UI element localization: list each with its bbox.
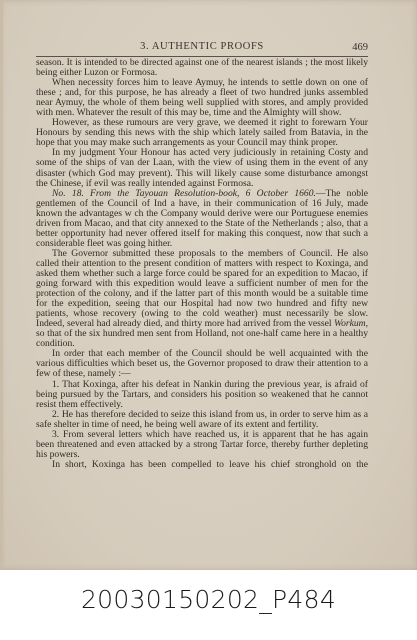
list-item: 1. That Koxinga, after his defeat in Nan…	[36, 380, 368, 410]
paragraph: In short, Koxinga has been compelled to …	[36, 460, 368, 470]
scanned-page: 3. AUTHENTIC PROOFS 469 season. It is in…	[0, 0, 417, 570]
resolution-text: —The noble gentlemen of the Council of I…	[36, 188, 368, 249]
paragraph-resolution-heading: No. 18. From the Tayouan Resolution-book…	[36, 189, 368, 249]
page-number: 469	[352, 42, 368, 53]
page-edge	[0, 0, 3, 570]
running-head: 3. AUTHENTIC PROOFS 469	[36, 41, 368, 55]
list-item: 2. He has therefore decided to seize thi…	[36, 410, 368, 430]
paragraph: When necessity forces him to leave Aymuy…	[36, 78, 368, 118]
paragraph: In order that each member of the Council…	[36, 349, 368, 379]
paragraph: In my judgment Your Honour has acted ver…	[36, 148, 368, 188]
paragraph: The Governor submitted these proposals t…	[36, 249, 368, 349]
body-text: season. It is intended to be directed ag…	[36, 58, 368, 470]
paragraph: season. It is intended to be directed ag…	[36, 58, 368, 78]
paragraph: However, as these rumours are very grave…	[36, 118, 368, 148]
running-head-title: 3. AUTHENTIC PROOFS	[36, 41, 368, 52]
list-item: 3. From several letters which have reach…	[36, 430, 368, 460]
image-caption-id: 20030150202_P484	[0, 585, 417, 614]
paragraph-text: The Governor submitted these proposals t…	[36, 248, 368, 329]
